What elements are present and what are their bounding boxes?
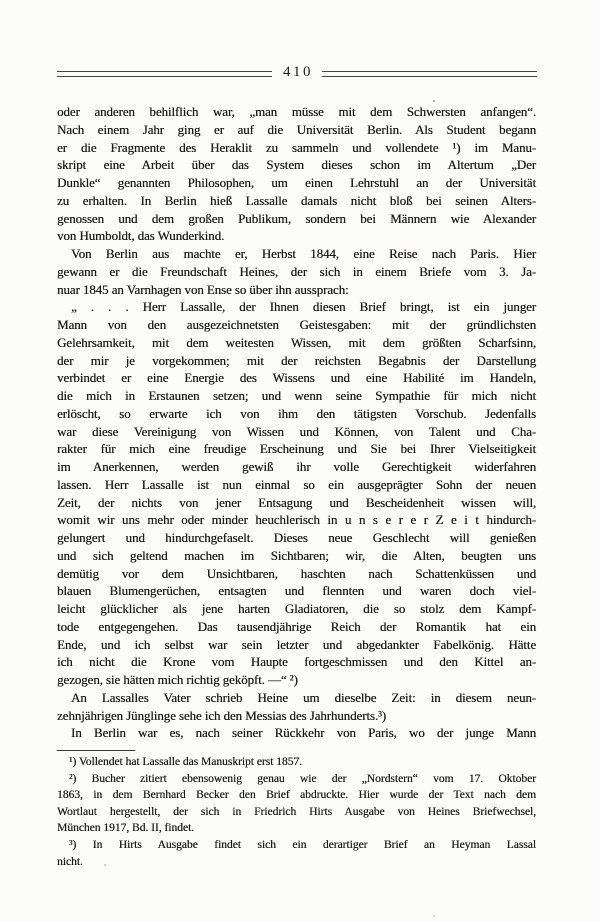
text-line: gelungert und hindurchgefaselt. Dieses n… (57, 529, 536, 547)
text-line: oder anderen behilflich war, „man müsse … (57, 103, 536, 121)
text-line: zu erhalten. In Berlin hieß Lassalle dam… (57, 192, 536, 210)
footnote-3: ³) In Hirts Ausgabe findet sich ein dera… (57, 837, 536, 870)
text-line: leicht glücklicher als jene harten Gladi… (57, 600, 536, 618)
text-line: Mann von den ausgezeichnetsten Geistesga… (57, 316, 536, 334)
text-line: lassen. Herr Lassalle ist nun einmal so … (57, 476, 536, 494)
text-line: zehnjährigen Jünglinge sehe ich den Mess… (57, 707, 536, 725)
footnote-line: 1863, in dem Bernhard Becker den Brief a… (57, 787, 536, 804)
paragraph-quote: „ . . . Herr Lassalle, der Ihnen diesen … (57, 298, 536, 689)
text-line: tode entgegengehen. Das tausendjährige R… (57, 618, 536, 636)
footnote-line: ¹) Vollendet hat Lassalle das Manuskript… (57, 754, 536, 771)
footnote-line: nicht. (57, 854, 536, 871)
text-line: skript eine Arbeit über das System diese… (57, 156, 536, 174)
text-line: genossen und dem großen Publikum, sonder… (57, 210, 536, 228)
page-header: 410 (57, 66, 537, 81)
text-line: Gelehrsamkeit, mit dem weitesten Wissen,… (57, 334, 536, 352)
footnote-1: ¹) Vollendet hat Lassalle das Manuskript… (57, 754, 536, 771)
paragraph: oder anderen behilflich war, „man müsse … (57, 103, 536, 245)
text-line: In Berlin war es, nach seiner Rückkehr v… (57, 724, 536, 742)
text-line: von Humboldt, das Wunderkind. (57, 227, 536, 245)
text-line: Dunkle“ genannten Philosophen, um einen … (57, 174, 536, 192)
text-line: und sich geltend machen im Sichtbaren; w… (57, 547, 536, 565)
text-line: verbindet er eine Energie des Wissens un… (57, 369, 536, 387)
text-line: An Lassalles Vater schrieb Heine um dies… (57, 689, 536, 707)
footnote-line: München 1917, Bd. II, findet. (57, 820, 536, 837)
text-line: rakter für mich eine freudige Erscheinun… (57, 440, 536, 458)
footnotes: ¹) Vollendet hat Lassalle das Manuskript… (57, 754, 536, 870)
text-line: war diese Vereinigung von Wissen und Kön… (57, 423, 536, 441)
footnote-separator (57, 750, 135, 751)
text-line: Ende, und ich selbst war sein letzter un… (57, 636, 536, 654)
header-rule-left (57, 71, 272, 77)
book-page: 410 oder anderen behilflich war, „man mü… (0, 0, 600, 922)
text-line: womit wir uns mehr oder minder heuchleri… (57, 511, 536, 529)
text-line: Zeit, der nichts von jener Entsagung und… (57, 494, 536, 512)
text-line: Von Berlin aus machte er, Herbst 1844, e… (57, 245, 536, 263)
text-line: der mir je vorgekommen; mit der reichste… (57, 352, 536, 370)
text-line: im Anerkennen, werden gewiß ihr volle Ge… (57, 458, 536, 476)
scan-speck (433, 915, 435, 917)
text-line: „ . . . Herr Lassalle, der Ihnen diesen … (57, 298, 536, 316)
text-line: blauen Blumengerüchen, entsagten und fle… (57, 582, 536, 600)
scan-speck (104, 864, 106, 866)
text-line: nuar 1845 an Varnhagen von Ense so über … (57, 281, 536, 299)
text-line: die mich in Erstaunen setzen; und wenn s… (57, 387, 536, 405)
paragraph: Von Berlin aus machte er, Herbst 1844, e… (57, 245, 536, 298)
footnote-line: ²) Bucher zitiert ebensowenig genau wie … (57, 771, 536, 788)
text-line: gezogen, sie hätten mich richtig geköpft… (57, 671, 536, 689)
scan-speck (433, 100, 435, 102)
footnote-2: ²) Bucher zitiert ebensowenig genau wie … (57, 771, 536, 837)
page-number: 410 (272, 65, 322, 80)
text-line: ich nicht die Krone vom Haupte fortgesch… (57, 653, 536, 671)
text-line: er die Fragmente des Heraklit zu sammeln… (57, 139, 536, 157)
footnote-line: Wortlaut hergestellt, der sich in Friedr… (57, 804, 536, 821)
text-line: Nach einem Jahr ging er auf die Universi… (57, 121, 536, 139)
paragraph: In Berlin war es, nach seiner Rückkehr v… (57, 724, 536, 742)
text-line: gewann er die Freundschaft Heines, der s… (57, 263, 536, 281)
footnote-line: ³) In Hirts Ausgabe findet sich ein dera… (57, 837, 536, 854)
text-line: demütig vor dem Unsichtbaren, haschten n… (57, 565, 536, 583)
text-line: erlöscht, so erwarte ich von ihm den tät… (57, 405, 536, 423)
paragraph: An Lassalles Vater schrieb Heine um dies… (57, 689, 536, 725)
header-rule-right (322, 71, 537, 77)
body-text: oder anderen behilflich war, „man müsse … (57, 103, 536, 742)
